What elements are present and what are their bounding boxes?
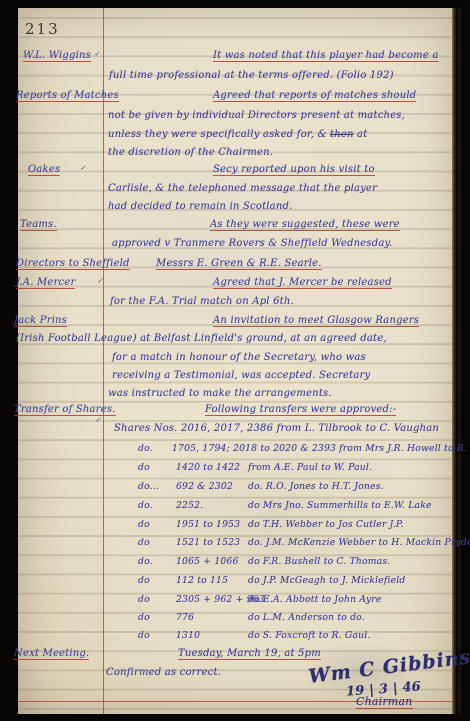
- handwritten-line: full time professional at the terms offe…: [109, 70, 394, 81]
- handwritten-line: 1065 + 1066: [176, 556, 239, 567]
- handwritten-line: for the F.A. Trial match on Apl 6th.: [110, 296, 294, 307]
- chairman-title: Chairman: [356, 695, 413, 709]
- margin-label: Oakes: [28, 164, 60, 176]
- handwritten-line: As they were suggested, these were: [210, 219, 400, 231]
- handwritten-line: do. R.O. Jones to H.T. Jones.: [248, 481, 384, 492]
- handwritten-line: from A.E. Paul to W. Paul.: [248, 462, 372, 473]
- handwritten-line: 112 to 115: [176, 575, 228, 586]
- scanned-minute-book-page: 213 W.L. Wiggins✓It was noted that this …: [0, 0, 470, 721]
- handwritten-line: do S. Foxcroft to R. Gaul.: [248, 630, 371, 641]
- handwritten-line: 1521 to 1523: [176, 537, 240, 548]
- handwritten-line: An invitation to meet Glasgow Rangers: [213, 315, 419, 327]
- handwritten-line: Agreed that reports of matches should: [213, 90, 416, 102]
- handwriting-layer: W.L. Wiggins✓It was noted that this play…: [0, 0, 470, 721]
- handwritten-line: do: [138, 462, 150, 473]
- tick-mark: ✓: [94, 50, 100, 58]
- handwritten-line: do: [138, 519, 150, 530]
- handwritten-line: the discretion of the Chairmen.: [108, 147, 273, 158]
- handwritten-line: Following transfers were approved:-: [205, 404, 396, 416]
- handwritten-line: receiving a Testimonial, was accepted. S…: [112, 370, 370, 381]
- handwritten-line: was instructed to make the arrangements.: [108, 388, 332, 399]
- handwritten-line: do L.M. Anderson to do.: [248, 612, 365, 623]
- tick-mark: ✓: [80, 164, 86, 172]
- handwritten-line: do.: [138, 556, 153, 567]
- margin-label: J.A. Mercer: [16, 277, 75, 289]
- handwritten-line: 1951 to 1953: [176, 519, 240, 530]
- handwritten-line: Messrs E. Green & R.E. Searle.: [156, 258, 322, 270]
- handwritten-line: Secy reported upon his visit to: [213, 164, 375, 176]
- handwritten-line: do: [138, 630, 150, 641]
- handwritten-line: 1310: [176, 630, 200, 641]
- handwritten-line: Agreed that J. Mercer be released: [213, 277, 392, 289]
- handwritten-line: do Mrs Jno. Summerhills to E.W. Lake: [248, 500, 432, 511]
- margin-label: Jack Prins: [14, 315, 67, 327]
- margin-label: Teams.: [20, 219, 57, 231]
- handwritten-line: do F.R. Bushell to C. Thomas.: [248, 556, 390, 567]
- handwritten-line: approved v Tranmere Rovers & Sheffield W…: [112, 238, 392, 249]
- handwritten-line: do: [138, 612, 150, 623]
- tick-mark: ✓: [95, 416, 101, 424]
- handwritten-line: do.: [138, 500, 153, 511]
- margin-label: Next Meeting.: [14, 648, 89, 660]
- handwritten-line: for a match in honour of the Secretary, …: [112, 352, 366, 363]
- handwritten-line: 2252.: [176, 500, 203, 511]
- handwritten-line: do...: [138, 481, 159, 492]
- handwritten-line: 776: [176, 612, 194, 623]
- margin-label: Reports of Matches: [16, 90, 119, 102]
- handwritten-line: 692 & 2302: [176, 481, 233, 492]
- handwritten-line: Shares Nos. 2016, 2017, 2386 from L. Til…: [114, 423, 439, 434]
- tick-mark: ✓: [97, 277, 103, 285]
- handwritten-line: do.: [138, 443, 153, 454]
- text-part: at: [354, 129, 368, 140]
- struck-word: then: [330, 129, 354, 140]
- handwritten-line: not be given by individual Directors pre…: [108, 110, 405, 121]
- handwritten-line: do E.A. Abbott to John Ayre: [248, 594, 381, 605]
- handwritten-line: do T.H. Webber to Jos Cutler J.P.: [248, 519, 404, 530]
- handwritten-line: Carlisle, & the telephoned message that …: [108, 183, 377, 194]
- handwritten-line: 1420 to 1422: [176, 462, 240, 473]
- handwritten-line: do. J.M. McKenzie Webber to H. Mackin Pr…: [248, 537, 470, 548]
- handwritten-line: unless they were specifically asked for,…: [108, 129, 367, 140]
- margin-label: Directors to Sheffield: [16, 258, 130, 270]
- margin-label: Transfer of Shares.: [14, 404, 116, 416]
- handwritten-line: do: [138, 594, 150, 605]
- handwritten-line: (Irish Football League) at Belfast Linfi…: [16, 333, 387, 344]
- margin-label: W.L. Wiggins: [23, 50, 91, 62]
- handwritten-line: 1705, 1794; 2018 to 2020 & 2393 from Mrs…: [172, 443, 470, 454]
- handwritten-line: Tuesday, March 19, at 5pm: [178, 648, 321, 660]
- handwritten-line: Confirmed as correct.: [106, 667, 221, 678]
- text-part: unless they were specifically asked for,…: [108, 129, 330, 140]
- handwritten-line: do J.P. McGeagh to J. Micklefield: [248, 575, 406, 586]
- handwritten-line: It was noted that this player had become…: [213, 50, 439, 62]
- handwritten-line: do: [138, 537, 150, 548]
- handwritten-line: had decided to remain in Scotland.: [108, 201, 292, 212]
- handwritten-line: do: [138, 575, 150, 586]
